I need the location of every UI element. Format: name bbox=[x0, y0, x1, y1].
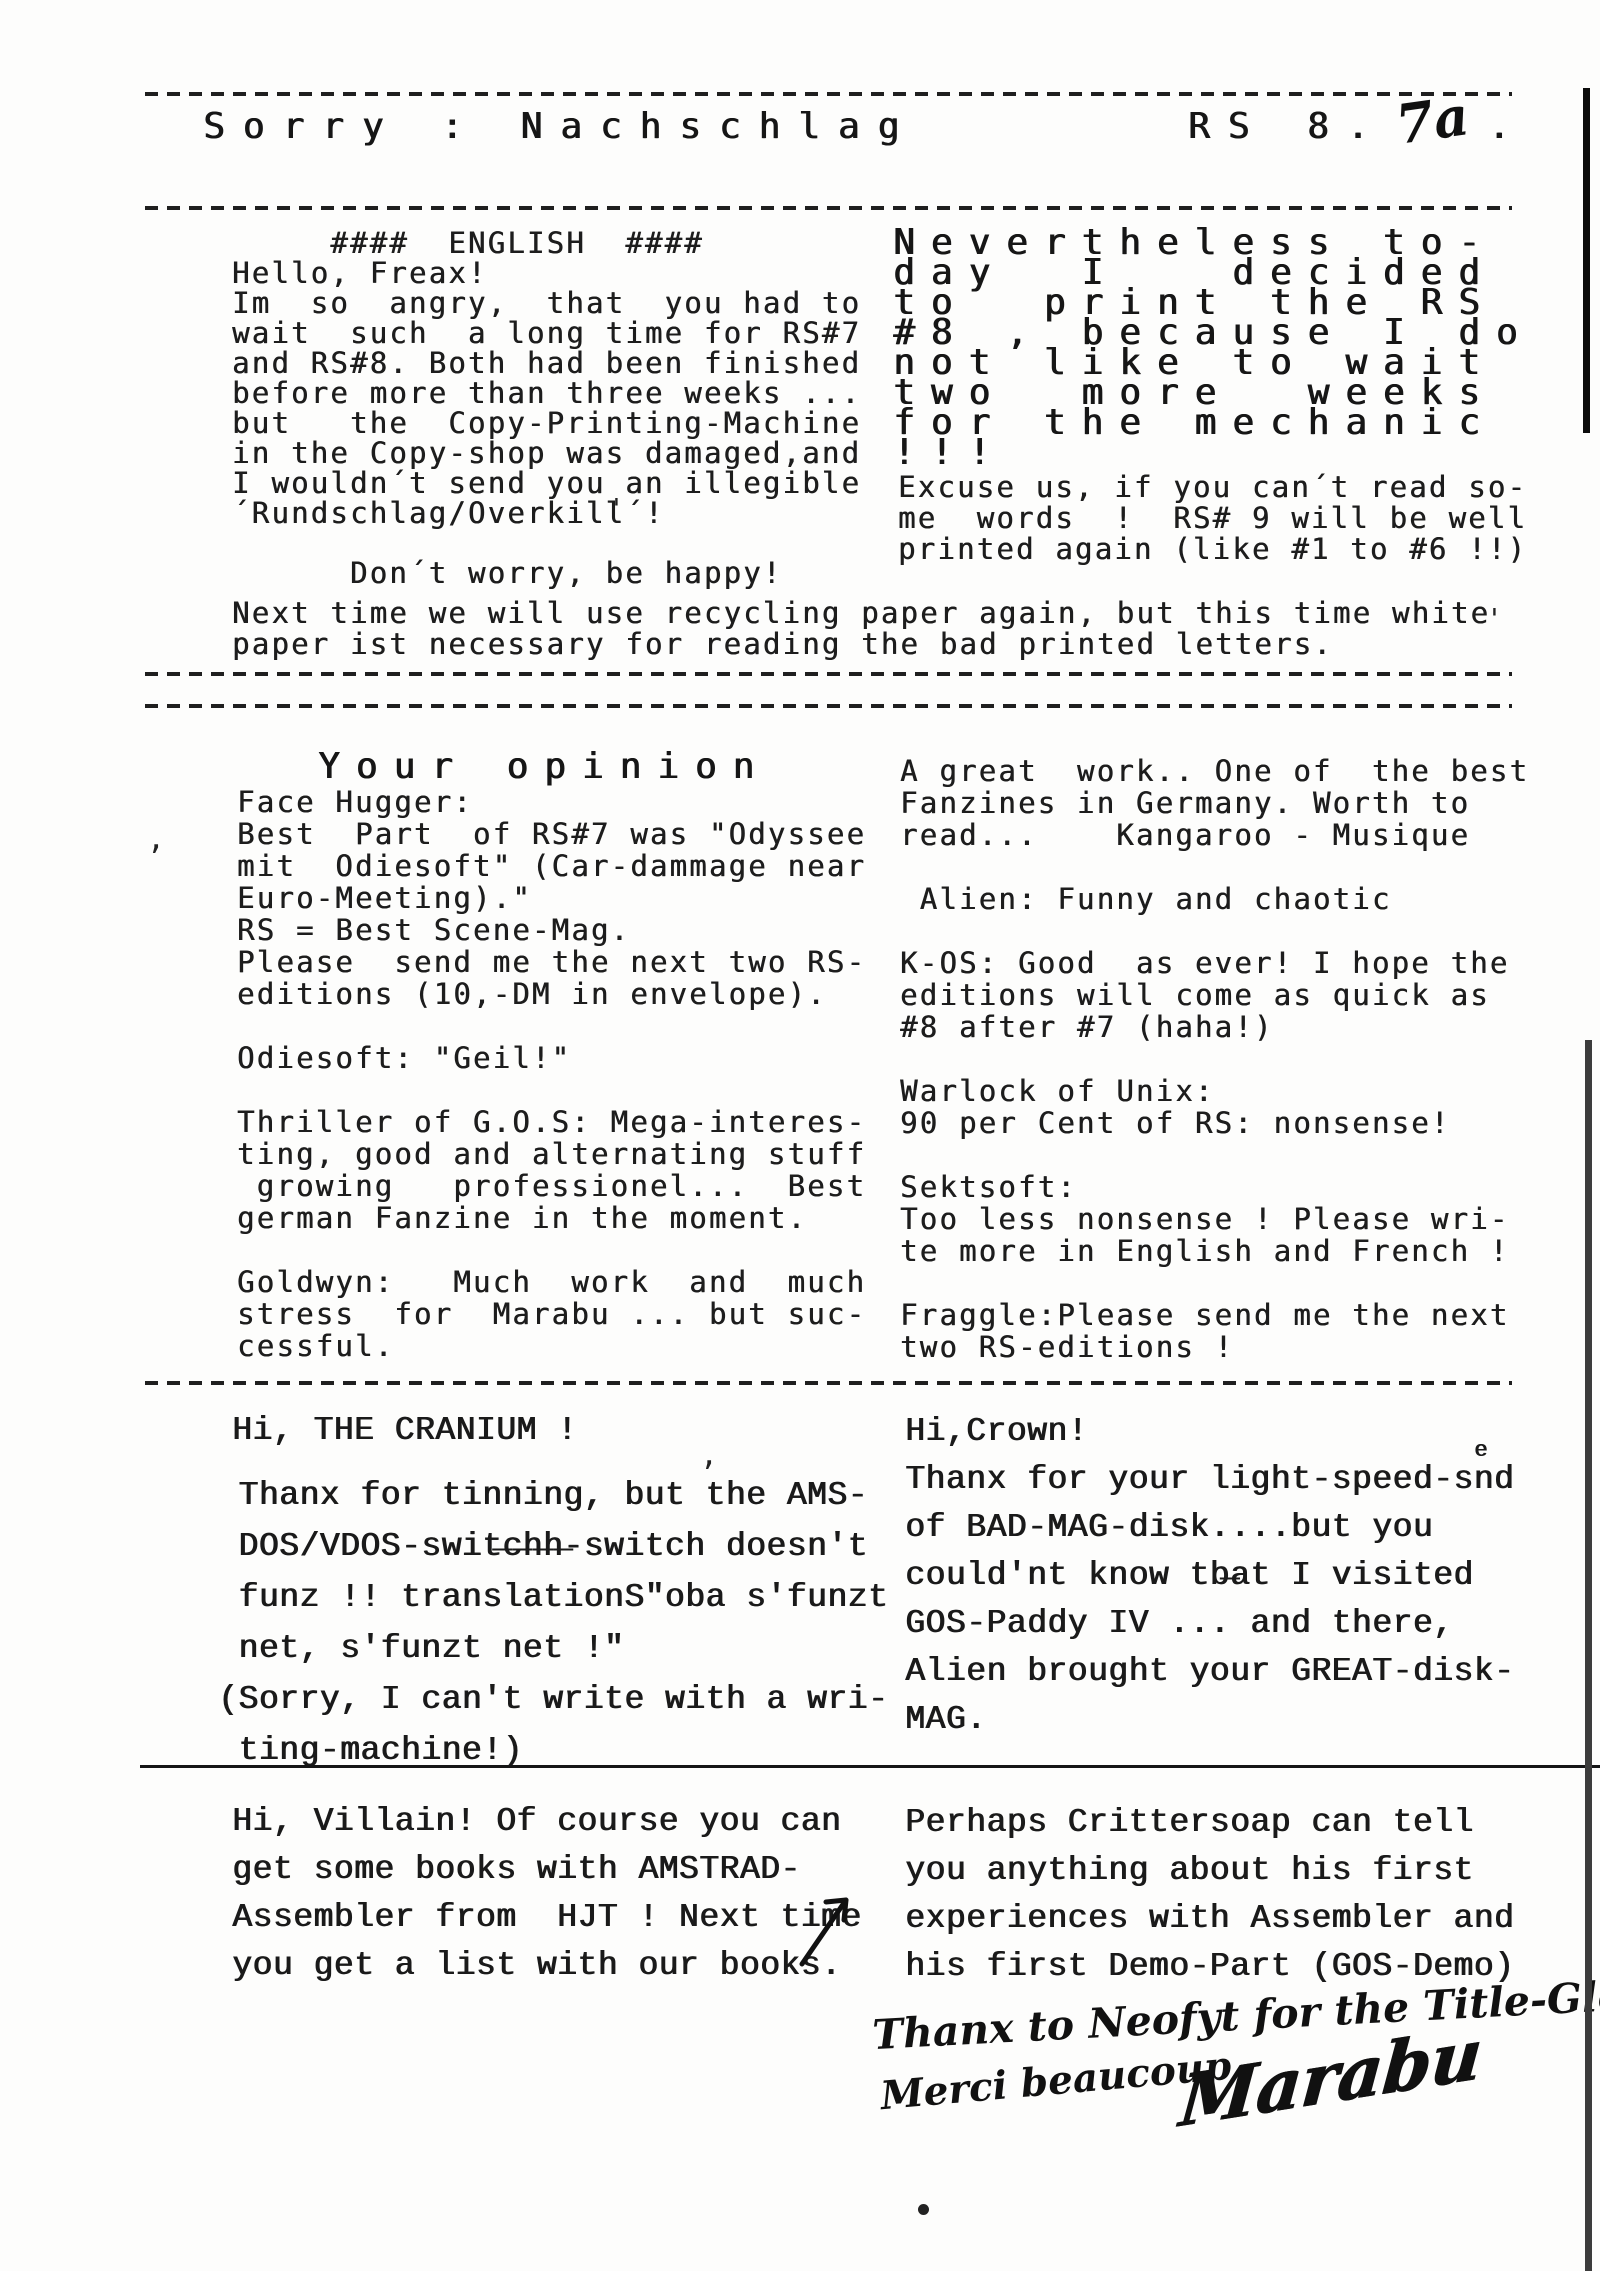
crittersoap-letter-body: Perhaps Crittersoap can tell you anythin… bbox=[905, 1799, 1514, 1991]
section-dashed-rule-2 bbox=[145, 704, 1512, 708]
opinion-right-column: A great work.. One of the best Fanzines … bbox=[900, 755, 1529, 1363]
header-bottom-dashed-rule bbox=[145, 206, 1512, 210]
scan-speck-dot bbox=[918, 2204, 929, 2215]
issue-number-handwritten: 7a bbox=[1392, 83, 1473, 156]
issue-label: RS 8. bbox=[1188, 112, 1386, 142]
cranium-letter-body: Thanx for tinning, but the AMS- DOS/VDOS… bbox=[218, 1470, 888, 1776]
page-title: Sorry : Nachschlag bbox=[203, 112, 917, 142]
excuse-paragraph: Excuse us, if you can´t read so- me word… bbox=[898, 472, 1527, 565]
section-solid-rule bbox=[140, 1765, 1600, 1768]
handwritten-arrow-icon bbox=[790, 1890, 860, 1970]
opinion-end-dashed-rule bbox=[145, 1381, 1512, 1385]
issue-period: . bbox=[1488, 112, 1528, 142]
opinion-heading: Your opinion bbox=[318, 752, 770, 782]
scan-speck: , bbox=[147, 822, 165, 857]
header-top-dashed-rule bbox=[145, 92, 1512, 96]
scan-speck: ' bbox=[1486, 602, 1503, 635]
recycling-paper-paragraph: Next time we will use recycling paper ag… bbox=[232, 598, 1490, 660]
english-intro-paragraph: #### ENGLISH #### Hello, Freax! Im so an… bbox=[232, 228, 861, 588]
crown-superscript-correction: e bbox=[1474, 1438, 1488, 1463]
scan-edge-line-bottom bbox=[1585, 1040, 1592, 2271]
section-dashed-rule-1 bbox=[145, 672, 1512, 676]
villain-letter-body: Hi, Villain! Of course you can get some … bbox=[232, 1798, 861, 1990]
cranium-letter-title: Hi, THE CRANIUM ! bbox=[232, 1412, 577, 1449]
crown-letter-body: Hi,Crown! Thanx for your light-speed-snd… bbox=[905, 1408, 1514, 1744]
scan-speck: , bbox=[700, 1438, 718, 1473]
scan-speck: ' bbox=[608, 492, 625, 525]
opinion-left-column: Face Hugger: Best Part of RS#7 was "Odys… bbox=[237, 786, 866, 1362]
fanzine-scan-page: Sorry : Nachschlag RS 8. 7a . #### ENGLI… bbox=[0, 0, 1600, 2271]
nevertheless-announcement: Nevertheless to- day I decided to print … bbox=[893, 228, 1533, 468]
scan-edge-line-top bbox=[1583, 88, 1590, 433]
